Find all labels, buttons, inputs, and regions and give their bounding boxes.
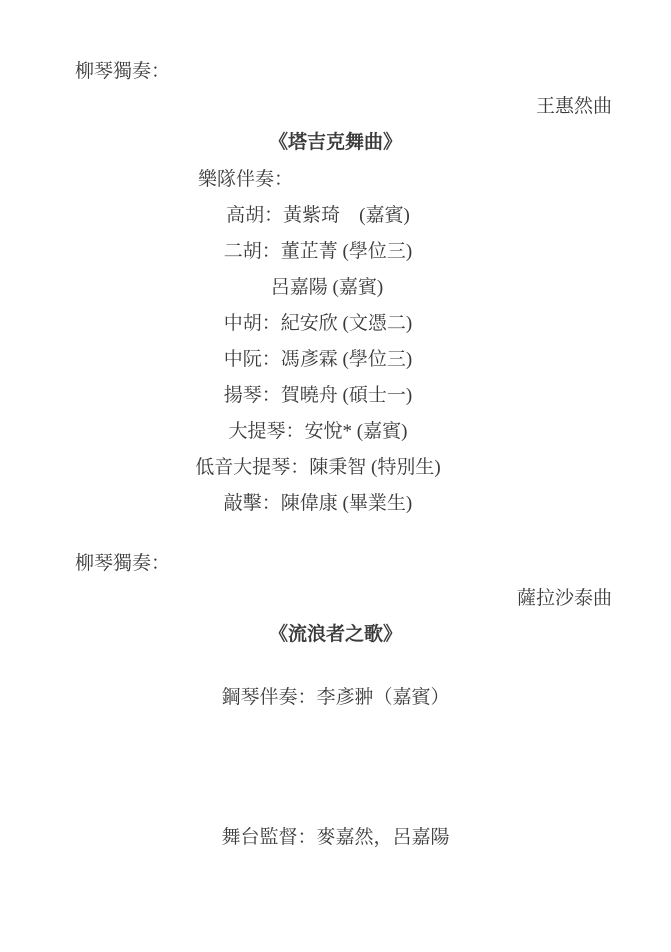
program-line-piece-title: 《塔吉克舞曲》 xyxy=(0,133,671,153)
program-line-stage-manager: 舞台監督：麥嘉然，呂嘉陽 xyxy=(0,828,671,848)
program-line-ensemble-line: 大提琴：安悅* (嘉賓) xyxy=(0,422,671,442)
program-line-ensemble-sub: 呂嘉陽 (嘉賓) xyxy=(9,278,671,298)
program-line-ensemble-line: 揚琴：賀曉舟 (碩士一) xyxy=(0,386,671,406)
program-page: 柳琴獨奏：王惠然曲《塔吉克舞曲》樂隊伴奏：高胡：黃紫琦 (嘉賓)二胡：董芷菁 (… xyxy=(0,0,671,952)
program-line-solo-label: 柳琴獨奏： xyxy=(0,554,671,574)
program-line-ensemble-line: 敲擊：陳偉康 (畢業生) xyxy=(0,494,671,514)
program-line-accompanist: 鋼琴伴奏：李彥翀（嘉賓） xyxy=(0,688,671,708)
program-line-solo-label: 柳琴獨奏： xyxy=(0,62,671,82)
program-line-ensemble-line: 低音大提琴：陳秉智 (特別生) xyxy=(0,458,671,478)
program-line-ensemble-line: 中阮：馮彥霖 (學位三) xyxy=(0,350,671,370)
program-line-piece-title: 《流浪者之歌》 xyxy=(0,625,671,645)
program-line-ensemble-line: 二胡：董芷菁 (學位三) xyxy=(0,242,671,262)
program-line-ensemble-line: 中胡：紀安欣 (文憑二) xyxy=(0,314,671,334)
program-line-ensemble-line: 高胡：黃紫琦 (嘉賓) xyxy=(0,206,671,226)
program-line-ensemble-label: 樂隊伴奏： xyxy=(0,170,671,190)
program-line-composer: 薩拉沙泰曲 xyxy=(0,589,671,609)
program-line-composer: 王惠然曲 xyxy=(0,97,671,117)
